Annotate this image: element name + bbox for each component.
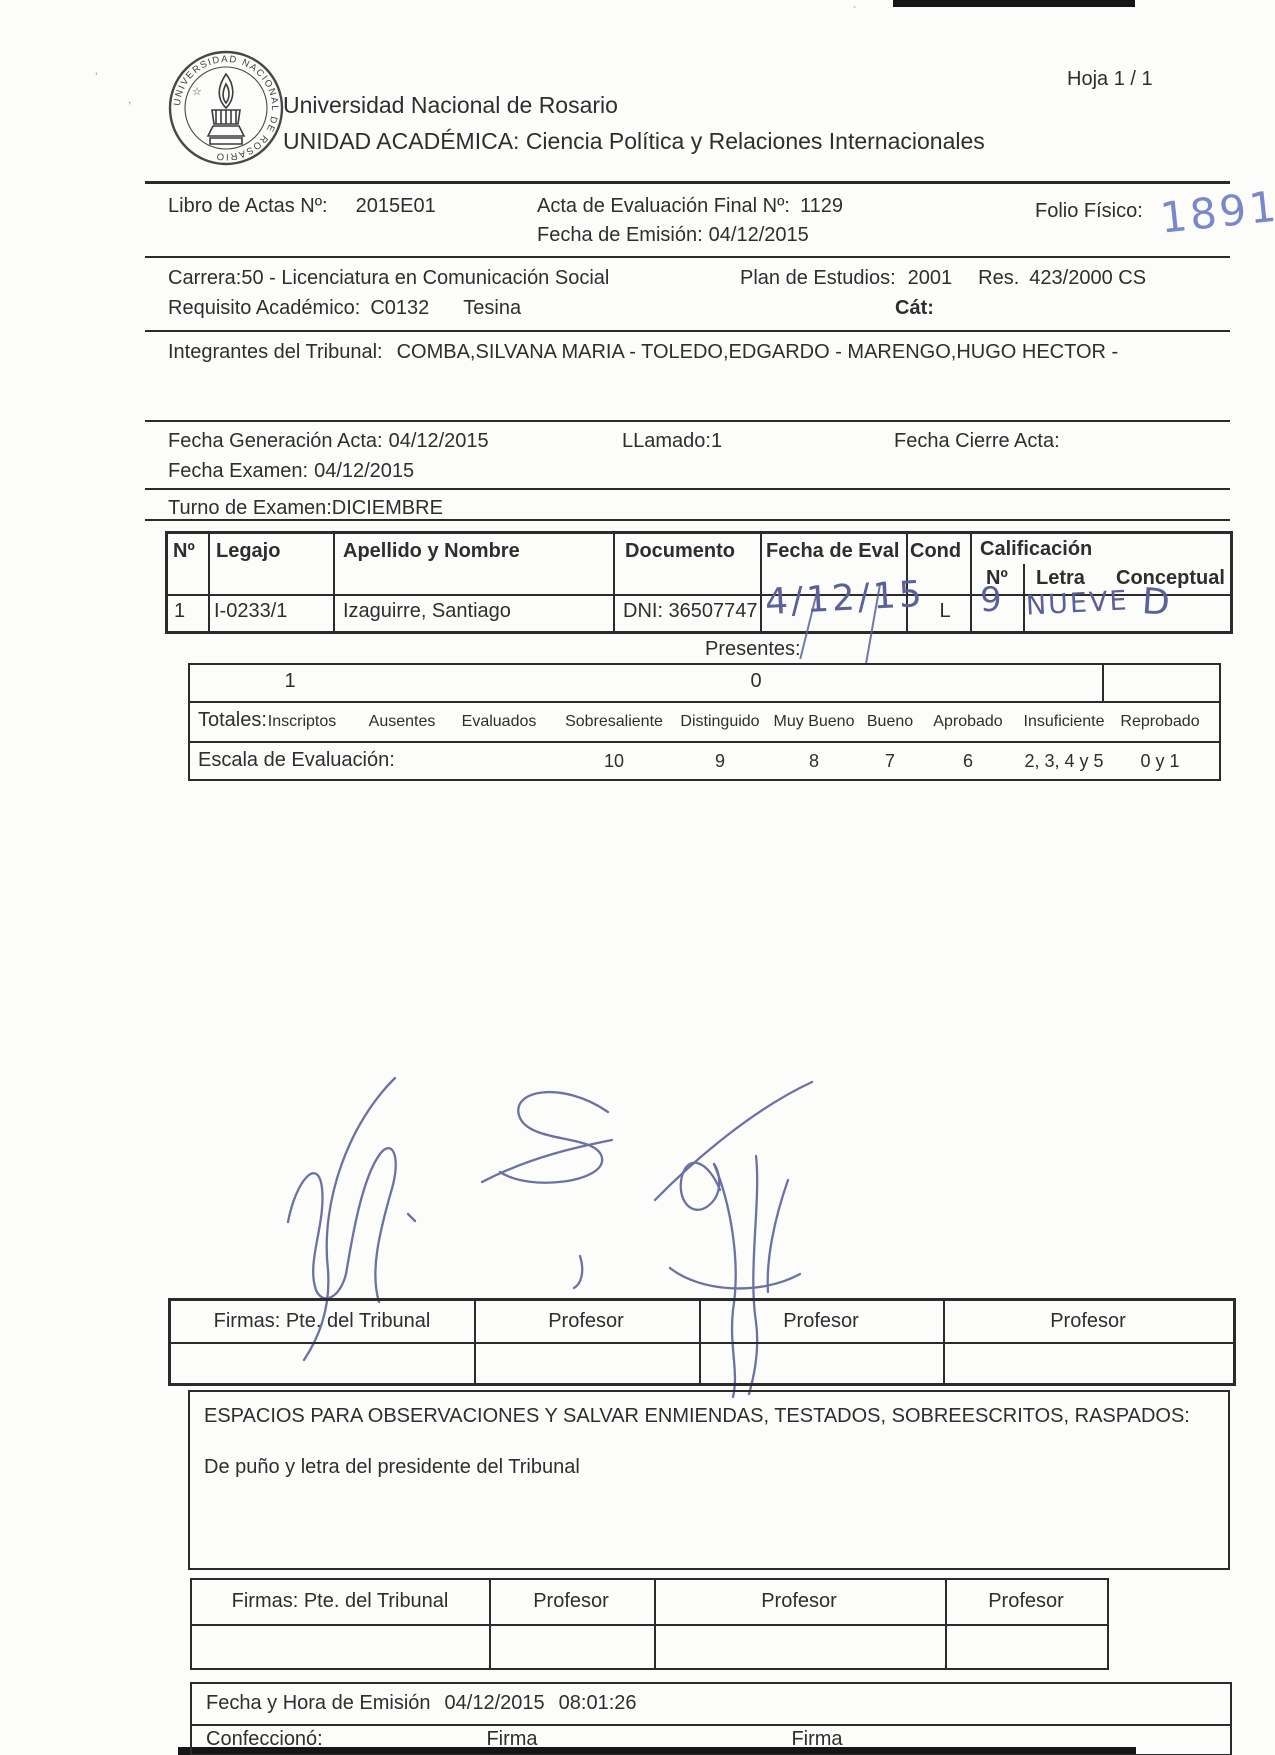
totales-col-bueno: Bueno: [867, 713, 913, 731]
table-divider: [474, 1301, 476, 1383]
col-header-documento: Documento: [625, 540, 735, 563]
col-header-nro: Nº: [173, 540, 195, 563]
observaciones-texto: ESPACIOS PARA OBSERVACIONES Y SALVAR ENM…: [204, 1404, 1204, 1429]
table-divider: [489, 1580, 491, 1668]
totales-col-reprobado: Reprobado: [1120, 713, 1199, 731]
handwritten-calif-letra: NUEVE: [1025, 585, 1129, 621]
examen-value: 04/12/2015: [314, 460, 414, 483]
col-header-fecha-eval: Fecha de Eval: [766, 540, 899, 563]
table-divider: [192, 1624, 1107, 1626]
requisito-codigo: C0132: [370, 297, 429, 320]
signature-profesor-3: [655, 1082, 812, 1200]
turno-value: DICIEMBRE: [332, 497, 443, 520]
turno-row: Turno de Examen: DICIEMBRE: [168, 497, 443, 520]
acta-value: 1129: [800, 195, 843, 218]
table-divider: [943, 1301, 945, 1383]
observaciones-box: ESPACIOS PARA OBSERVACIONES Y SALVAR ENM…: [188, 1390, 1230, 1570]
escala-insuficiente: 2, 3, 4 y 5: [1024, 751, 1103, 772]
scan-speck: ´: [853, 4, 857, 18]
tribunal-members: COMBA,SILVANA MARIA - TOLEDO,EDGARDO - M…: [397, 341, 1119, 364]
llamado-row: LLamado: 1: [622, 430, 722, 453]
requisito-row: Requisito Académico: C0132 Tesina: [168, 297, 521, 320]
tribunal-row: Integrantes del Tribunal: COMBA,SILVANA …: [168, 341, 1118, 364]
table-divider: [333, 534, 335, 631]
divider: [145, 420, 1230, 422]
firmas-table-2: Firmas: Pte. del Tribunal Profesor Profe…: [190, 1578, 1109, 1670]
col-header-cond: Cond: [910, 540, 961, 563]
student-legajo: I-0233/1: [214, 600, 287, 623]
acta-final-row: Acta de Evaluación Final Nº: 1129: [537, 195, 843, 218]
totales-col-evaluados: Evaluados: [462, 713, 537, 731]
emision-label: Fecha de Emisión:: [537, 224, 703, 247]
fecha-cierre-label: Fecha Cierre Acta:: [894, 430, 1060, 453]
university-name: Universidad Nacional de Rosario: [283, 92, 618, 119]
table-divider: [699, 1301, 701, 1383]
table-divider: [190, 701, 1219, 703]
plan-estudios-row: Plan de Estudios: 2001 Res. 423/2000 CS: [740, 267, 1146, 290]
resolucion-value: 423/2000 CS: [1029, 267, 1146, 290]
turno-label: Turno de Examen:: [168, 497, 332, 520]
student-nro: 1: [174, 600, 185, 623]
plan-label: Plan de Estudios:: [740, 267, 896, 290]
totales-col-insuficiente: Insuficiente: [1024, 713, 1105, 731]
examen-label: Fecha Examen:: [168, 460, 308, 483]
presentes-presentes-value: 0: [750, 670, 761, 693]
firma-label: Firma: [486, 1728, 537, 1751]
handwritten-calif-nro: 9: [980, 580, 1002, 620]
totales-box: 1 0 Totales: Inscriptos Ausentes Evaluad…: [188, 663, 1221, 781]
divider: [145, 256, 1230, 258]
firmas-profesor-label: Profesor: [548, 1310, 624, 1333]
requisito-nombre: Tesina: [463, 297, 521, 320]
emision-footer-fecha: 04/12/2015: [445, 1692, 545, 1715]
table-divider: [208, 534, 210, 631]
escala-6: 6: [963, 751, 973, 772]
fecha-hora-emision-row: Fecha y Hora de Emisión 04/12/2015 08:01…: [206, 1692, 637, 1715]
carrera-value: 50 - Licenciatura en Comunicación Social: [241, 267, 609, 290]
firmas-table-1: Firmas: Pte. del Tribunal Profesor Profe…: [168, 1298, 1236, 1386]
totales-col-distinguido: Distinguido: [680, 713, 759, 731]
requisito-label: Requisito Académico:: [168, 297, 360, 320]
col-header-calificacion: Calificación: [980, 538, 1092, 561]
llamado-value: 1: [711, 430, 722, 453]
firmas-pte-label: Firmas: Pte. del Tribunal: [214, 1310, 431, 1333]
firmas-profesor-label: Profesor: [988, 1590, 1064, 1613]
divider: [145, 488, 1230, 490]
emision-footer-label: Fecha y Hora de Emisión: [206, 1692, 431, 1715]
firmas-profesor-label: Profesor: [761, 1590, 837, 1613]
carrera-label: Carrera:: [168, 267, 241, 290]
student-documento: DNI: 36507747: [623, 600, 758, 623]
totales-col-aprobado: Aprobado: [933, 713, 1002, 731]
table-divider: [654, 1580, 656, 1668]
confecciono-label: Confeccionó:: [206, 1728, 323, 1751]
totales-col-muy-bueno: Muy Bueno: [774, 713, 855, 731]
scan-speck: ,: [128, 92, 131, 106]
escala-label: Escala de Evaluación:: [198, 749, 395, 772]
table-divider: [192, 1724, 1230, 1726]
libro-label: Libro de Actas Nº:: [168, 195, 328, 218]
footer-emision-box: Fecha y Hora de Emisión 04/12/2015 08:01…: [190, 1682, 1232, 1755]
totales-label: Totales:: [198, 709, 267, 732]
generacion-value: 04/12/2015: [389, 430, 489, 453]
llamado-label: LLamado:: [622, 430, 711, 453]
page-number: Hoja 1 / 1: [1067, 68, 1153, 91]
folio-fisico-label: Folio Físico:: [1035, 200, 1143, 223]
col-header-apellido: Apellido y Nombre: [343, 540, 520, 563]
libro-value: 2015E01: [356, 195, 436, 218]
carrera-row: Carrera: 50 - Licenciatura en Comunicaci…: [168, 267, 609, 290]
table-divider: [970, 534, 972, 631]
handwritten-fecha-eval: 4/12/15: [764, 574, 926, 623]
col-header-calif-letra: Letra: [1036, 567, 1085, 590]
escala-10: 10: [604, 751, 624, 772]
presentes-label: Presentes:: [705, 638, 801, 661]
libro-de-actas-row: Libro de Actas Nº: 2015E01: [168, 195, 436, 218]
fecha-examen-row: Fecha Examen: 04/12/2015: [168, 460, 414, 483]
unidad-academica-title: UNIDAD ACADÉMICA: Ciencia Política y Rel…: [283, 128, 985, 155]
presentes-inscriptos-value: 1: [284, 670, 295, 693]
signature-profesor-2: [500, 1092, 608, 1183]
scan-edge-artifact-top: [893, 0, 1135, 7]
resolucion-label: Res.: [978, 267, 1019, 290]
emision-value: 04/12/2015: [709, 224, 809, 247]
scanned-acta-document: ’ , ´ Hoja 1 / 1 UNIVERSIDAD NACIONAL DE…: [0, 0, 1275, 1755]
plan-value: 2001: [908, 267, 953, 290]
escala-9: 9: [715, 751, 725, 772]
totales-col-inscriptos: Inscriptos: [268, 713, 336, 731]
firmas-profesor-label: Profesor: [783, 1310, 859, 1333]
table-divider: [171, 1342, 1233, 1344]
fecha-generacion-row: Fecha Generación Acta: 04/12/2015: [168, 430, 489, 453]
totales-col-sobresaliente: Sobresaliente: [565, 713, 663, 731]
col-header-legajo: Legajo: [216, 540, 280, 563]
seal-flame-lamp-icon: [208, 74, 244, 144]
student-cond: L: [923, 600, 967, 623]
generacion-label: Fecha Generación Acta:: [168, 430, 383, 453]
observaciones-subtexto: De puño y letra del presidente del Tribu…: [204, 1456, 580, 1479]
divider: [145, 330, 1230, 332]
escala-8: 8: [809, 751, 819, 772]
handwritten-calif-conceptual: D: [1141, 581, 1172, 624]
table-divider: [945, 1580, 947, 1668]
student-apellido: Izaguirre, Santiago: [343, 600, 511, 623]
firmas-profesor-label: Profesor: [1050, 1310, 1126, 1333]
table-divider: [190, 741, 1219, 743]
acta-label: Acta de Evaluación Final Nº:: [537, 195, 790, 218]
university-seal-logo: UNIVERSIDAD NACIONAL DE ROSARIO ☆: [166, 48, 286, 168]
table-divider: [760, 534, 762, 631]
catedra-label: Cát:: [895, 297, 934, 320]
table-divider: [613, 534, 615, 631]
escala-7: 7: [885, 751, 895, 772]
firmas-pte-label: Firmas: Pte. del Tribunal: [232, 1590, 449, 1613]
fecha-emision-row: Fecha de Emisión: 04/12/2015: [537, 224, 809, 247]
tribunal-label: Integrantes del Tribunal:: [168, 341, 383, 364]
scan-speck: ’: [95, 70, 98, 84]
divider: [145, 519, 1230, 521]
table-divider: [1102, 665, 1104, 701]
emision-footer-hora: 08:01:26: [559, 1692, 637, 1715]
totales-col-ausentes: Ausentes: [369, 713, 436, 731]
folio-handwritten-number: 18912: [1158, 178, 1275, 242]
seal-star-icon: ☆: [192, 86, 202, 98]
divider: [145, 181, 1230, 184]
escala-reprobado: 0 y 1: [1140, 751, 1179, 772]
firma-label: Firma: [791, 1728, 842, 1751]
firmas-profesor-label: Profesor: [533, 1590, 609, 1613]
